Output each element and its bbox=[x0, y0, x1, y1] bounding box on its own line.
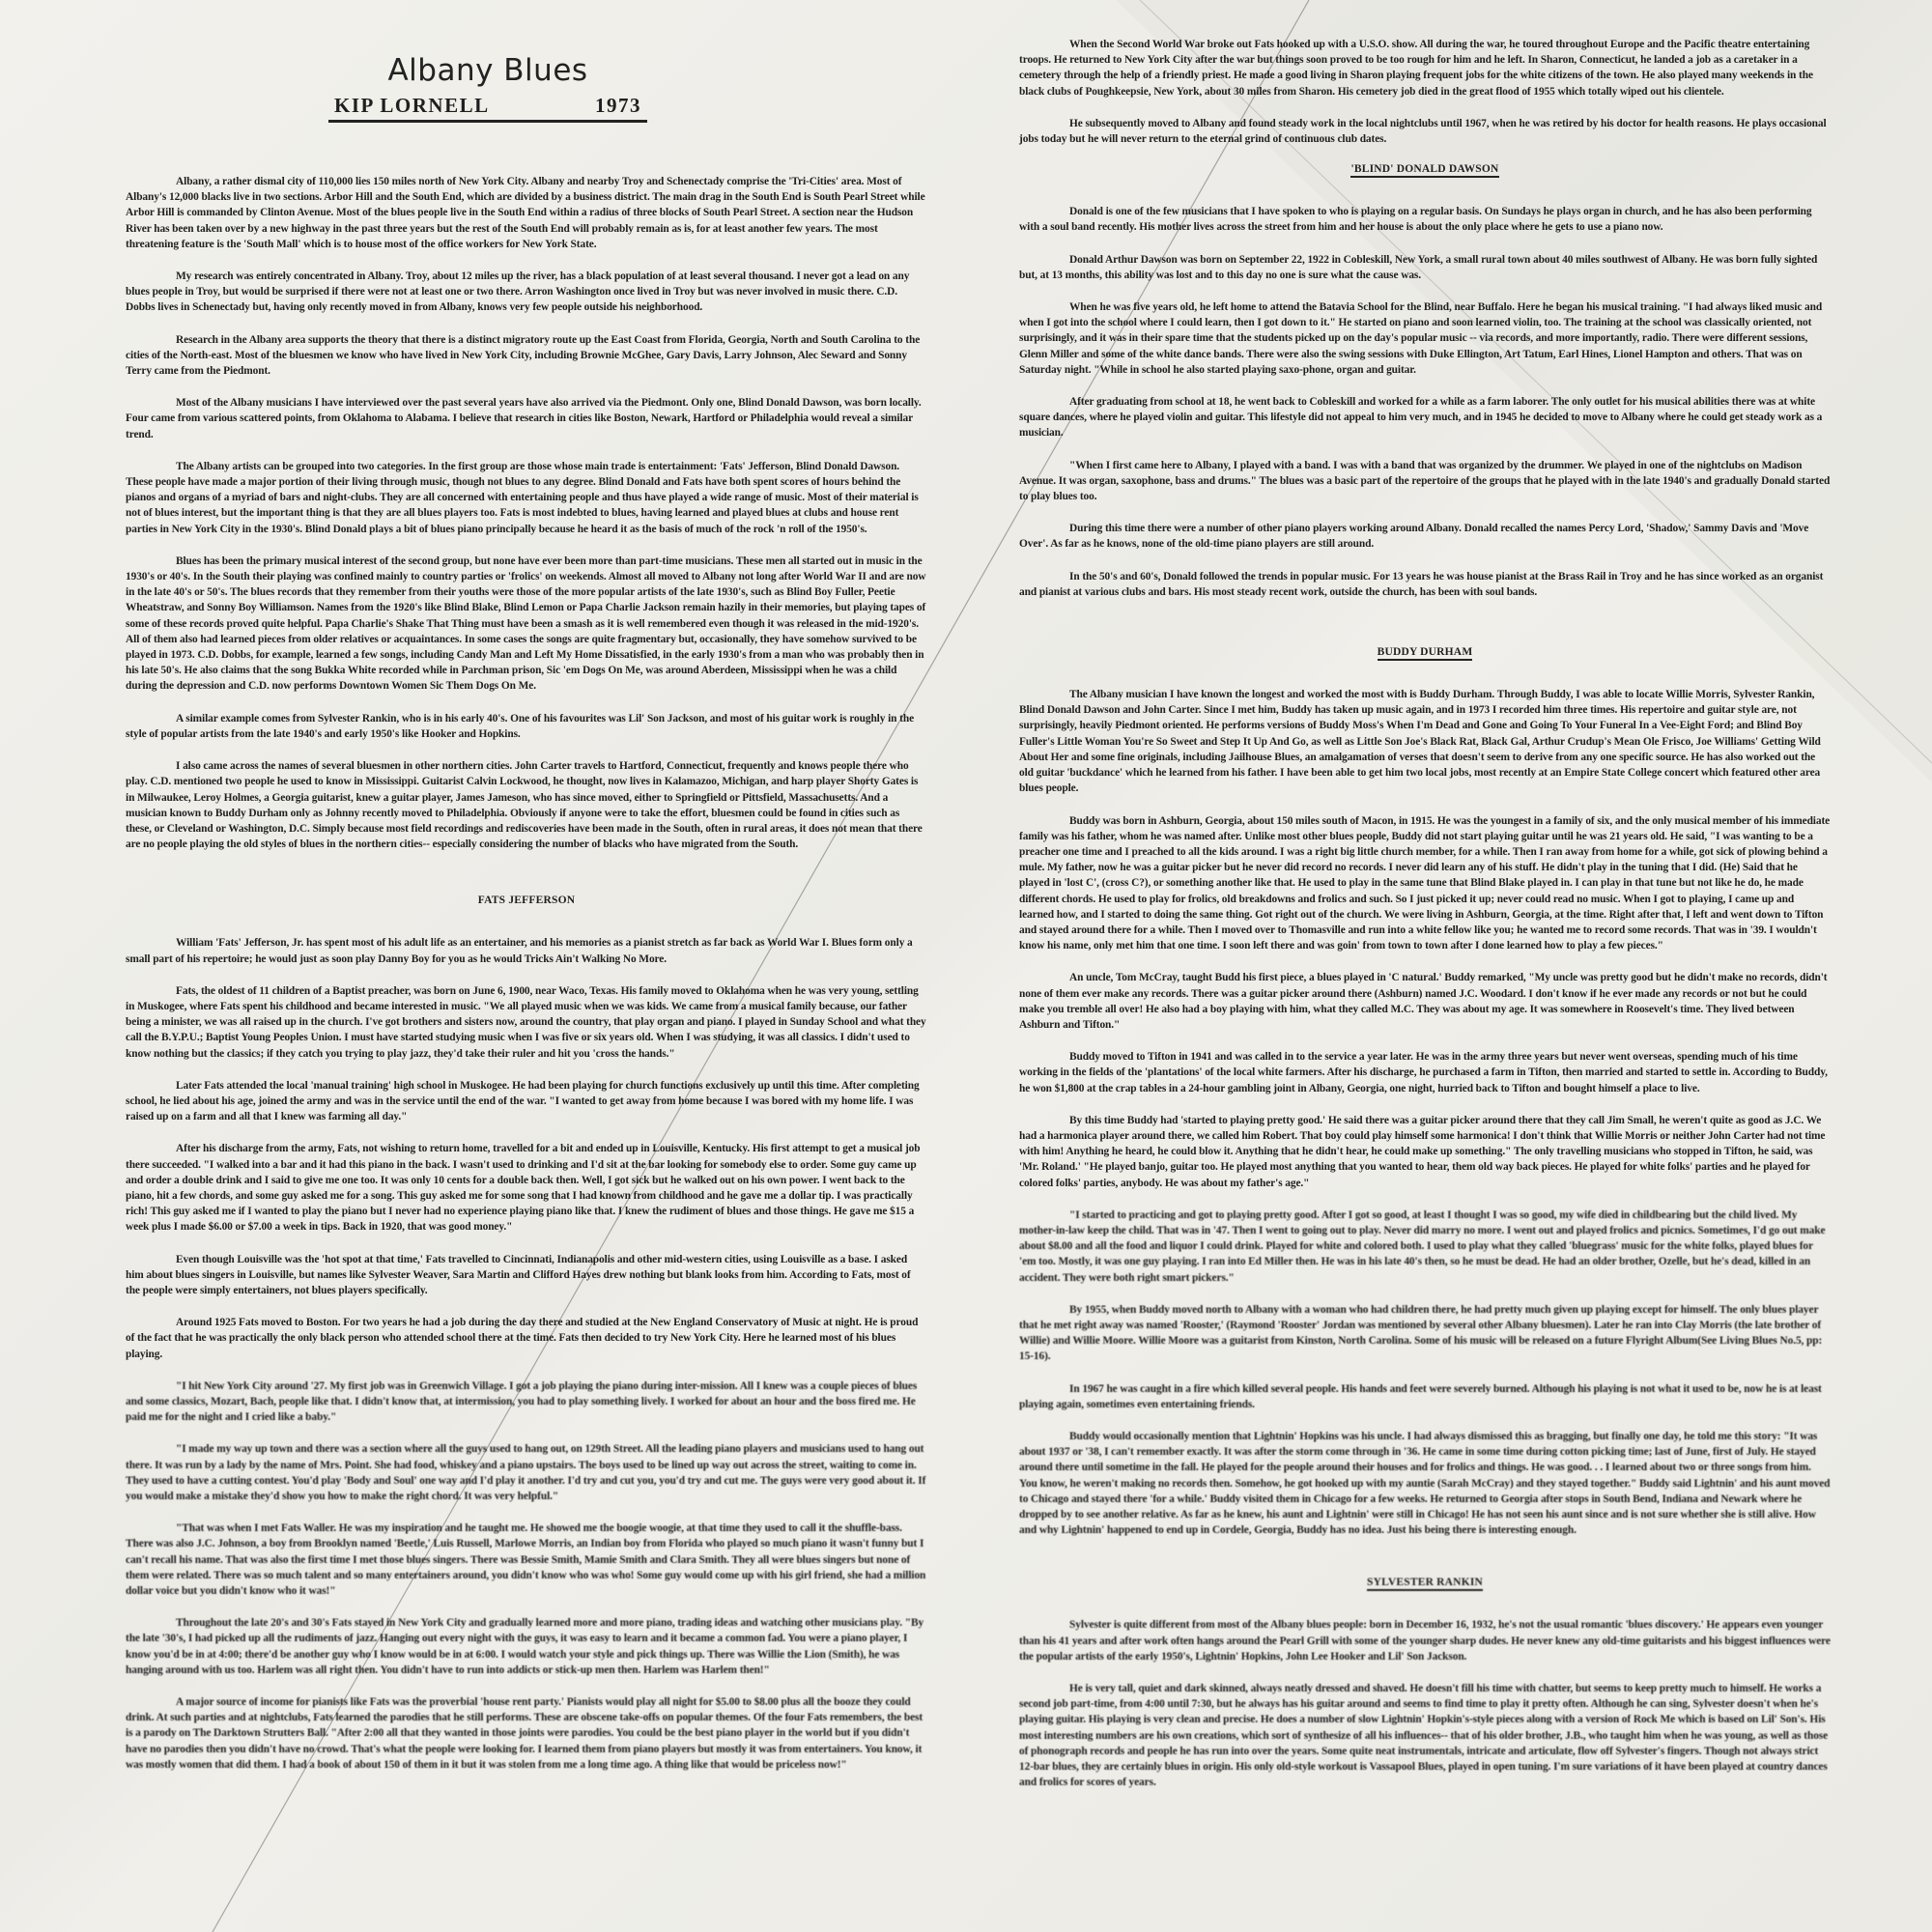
section-heading-fats-jefferson: FATS JEFFERSON bbox=[126, 895, 927, 906]
paragraph: By 1955, when Buddy moved north to Alban… bbox=[1019, 1302, 1831, 1365]
paragraph: An uncle, Tom McCray, taught Budd his fi… bbox=[1019, 970, 1831, 1033]
paragraph: When he was five years old, he left home… bbox=[1019, 299, 1831, 378]
paragraph: I also came across the names of several … bbox=[126, 758, 927, 852]
section-heading-text: BUDDY DURHAM bbox=[1378, 646, 1473, 661]
paragraph: "I hit New York City around '27. My firs… bbox=[126, 1378, 927, 1426]
title-block: Albany Blues KIP LORNELL 1973 bbox=[328, 53, 647, 123]
paragraph: The Albany artists can be grouped into t… bbox=[126, 459, 927, 537]
section-heading-donald-dawson: 'BLIND' DONALD DAWSON bbox=[1019, 163, 1831, 175]
paragraph: Research in the Albany area supports the… bbox=[126, 332, 927, 380]
paragraph: Blues has been the primary musical inter… bbox=[126, 554, 927, 695]
document-page: Albany Blues KIP LORNELL 1973 Albany, a … bbox=[0, 0, 1932, 1932]
author-name: KIP LORNELL bbox=[334, 94, 490, 118]
paragraph: Fats, the oldest of 11 children of a Bap… bbox=[126, 983, 927, 1062]
paragraph: In the 50's and 60's, Donald followed th… bbox=[1019, 569, 1831, 600]
paragraph: Around 1925 Fats moved to Boston. For tw… bbox=[126, 1315, 927, 1362]
paragraph: The Albany musician I have known the lon… bbox=[1019, 687, 1831, 796]
byline: KIP LORNELL 1973 bbox=[328, 94, 647, 123]
left-column: Albany, a rather dismal city of 110,000 … bbox=[126, 174, 927, 1789]
section-heading-text: SYLVESTER RANKIN bbox=[1367, 1577, 1483, 1591]
section-heading-sylvester-rankin: SYLVESTER RANKIN bbox=[1019, 1577, 1831, 1588]
paragraph: He is very tall, quiet and dark skinned,… bbox=[1019, 1681, 1831, 1790]
paragraph: Throughout the late 20's and 30's Fats s… bbox=[126, 1615, 927, 1678]
right-column: When the Second World War broke out Fats… bbox=[1019, 37, 1831, 1806]
paragraph: During this time there were a number of … bbox=[1019, 521, 1831, 552]
paragraph: My research was entirely concentrated in… bbox=[126, 269, 927, 316]
paragraph: Sylvester is quite different from most o… bbox=[1019, 1617, 1831, 1664]
paragraph: Most of the Albany musicians I have inte… bbox=[126, 395, 927, 442]
paragraph: "When I first came here to Albany, I pla… bbox=[1019, 458, 1831, 505]
paragraph: Later Fats attended the local 'manual tr… bbox=[126, 1078, 927, 1125]
paragraph: In 1967 he was caught in a fire which ki… bbox=[1019, 1381, 1831, 1412]
paragraph: Buddy would occasionally mention that Li… bbox=[1019, 1429, 1831, 1538]
paragraph: After graduating from school at 18, he w… bbox=[1019, 394, 1831, 441]
paragraph: Buddy moved to Tifton in 1941 and was ca… bbox=[1019, 1049, 1831, 1096]
paragraph: Even though Louisville was the 'hot spot… bbox=[126, 1252, 927, 1299]
paragraph: When the Second World War broke out Fats… bbox=[1019, 37, 1831, 99]
paragraph: "That was when I met Fats Waller. He was… bbox=[126, 1520, 927, 1599]
paragraph: By this time Buddy had 'started to playi… bbox=[1019, 1113, 1831, 1191]
section-heading-buddy-durham: BUDDY DURHAM bbox=[1019, 646, 1831, 658]
paragraph: A major source of income for pianists li… bbox=[126, 1694, 927, 1773]
section-heading-text: 'BLIND' DONALD DAWSON bbox=[1350, 163, 1498, 178]
paragraph: He subsequently moved to Albany and foun… bbox=[1019, 116, 1831, 147]
paragraph: "I started to practicing and got to play… bbox=[1019, 1207, 1831, 1286]
document-title: Albany Blues bbox=[328, 53, 647, 88]
publication-year: 1973 bbox=[595, 94, 641, 118]
paragraph: "I made my way up town and there was a s… bbox=[126, 1441, 927, 1504]
paragraph: William 'Fats' Jefferson, Jr. has spent … bbox=[126, 935, 927, 966]
section-heading-text: FATS JEFFERSON bbox=[478, 895, 575, 906]
paragraph: Buddy was born in Ashburn, Georgia, abou… bbox=[1019, 813, 1831, 954]
paragraph: A similar example comes from Sylvester R… bbox=[126, 711, 927, 742]
paragraph: Donald is one of the few musicians that … bbox=[1019, 204, 1831, 235]
paragraph: Donald Arthur Dawson was born on Septemb… bbox=[1019, 252, 1831, 283]
paragraph: Albany, a rather dismal city of 110,000 … bbox=[126, 174, 927, 252]
paragraph: After his discharge from the army, Fats,… bbox=[126, 1141, 927, 1235]
